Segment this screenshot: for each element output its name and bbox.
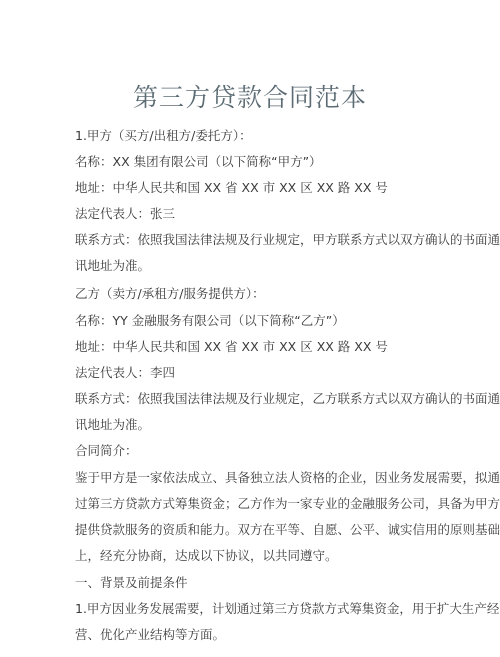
party-a-contact: 联系方式：依照我国法律法规及行业规定，甲方联系方式以双方确认的书面通 <box>75 231 445 249</box>
party-a-legal-rep: 法定代表人：张三 <box>75 205 445 223</box>
section-1-heading: 一、背景及前提条件 <box>75 574 445 592</box>
party-a-name: 名称：XX 集团有限公司（以下简称“甲方”） <box>75 153 445 171</box>
contract-intro-line-4: 上，经充分协商，达成以下协议，以共同遵守。 <box>75 547 445 565</box>
section-1-item-1: 1.甲方因业务发展需要，计划通过第三方贷款方式筹集资金，用于扩大生产经 <box>75 600 445 618</box>
contract-intro-line-3: 提供贷款服务的资质和能力。双方在平等、自愿、公平、诚实信用的原则基础 <box>75 521 445 539</box>
party-b-contact-cont: 讯地址为准。 <box>75 416 445 434</box>
party-a-heading: 1.甲方（买方/出租方/委托方）： <box>75 127 445 145</box>
party-a-address: 地址：中华人民共和国 XX 省 XX 市 XX 区 XX 路 XX 号 <box>75 179 445 197</box>
section-1-item-1-cont: 营、优化产业结构等方面。 <box>75 626 445 644</box>
contract-intro-line-1: 鉴于甲方是一家依法成立、具备独立法人资格的企业，因业务发展需要，拟通 <box>75 469 445 487</box>
party-b-address: 地址：中华人民共和国 XX 省 XX 市 XX 区 XX 路 XX 号 <box>75 338 445 356</box>
party-b-contact: 联系方式：依照我国法律法规及行业规定，乙方联系方式以双方确认的书面通 <box>75 390 445 408</box>
document-title: 第三方贷款合同范本 <box>0 83 500 113</box>
party-a-contact-cont: 讯地址为准。 <box>75 257 445 275</box>
party-b-legal-rep: 法定代表人：李四 <box>75 364 445 382</box>
party-b-heading: 乙方（卖方/承租方/服务提供方）： <box>75 285 445 303</box>
contract-intro-heading: 合同简介： <box>75 442 445 460</box>
document-page: 第三方贷款合同范本 1.甲方（买方/出租方/委托方）： 名称：XX 集团有限公司… <box>0 0 500 657</box>
party-b-name: 名称：YY 金融服务有限公司（以下简称“乙方”） <box>75 312 445 330</box>
contract-intro-line-2: 过第三方贷款方式筹集资金；乙方作为一家专业的金融服务公司，具备为甲方 <box>75 495 445 513</box>
